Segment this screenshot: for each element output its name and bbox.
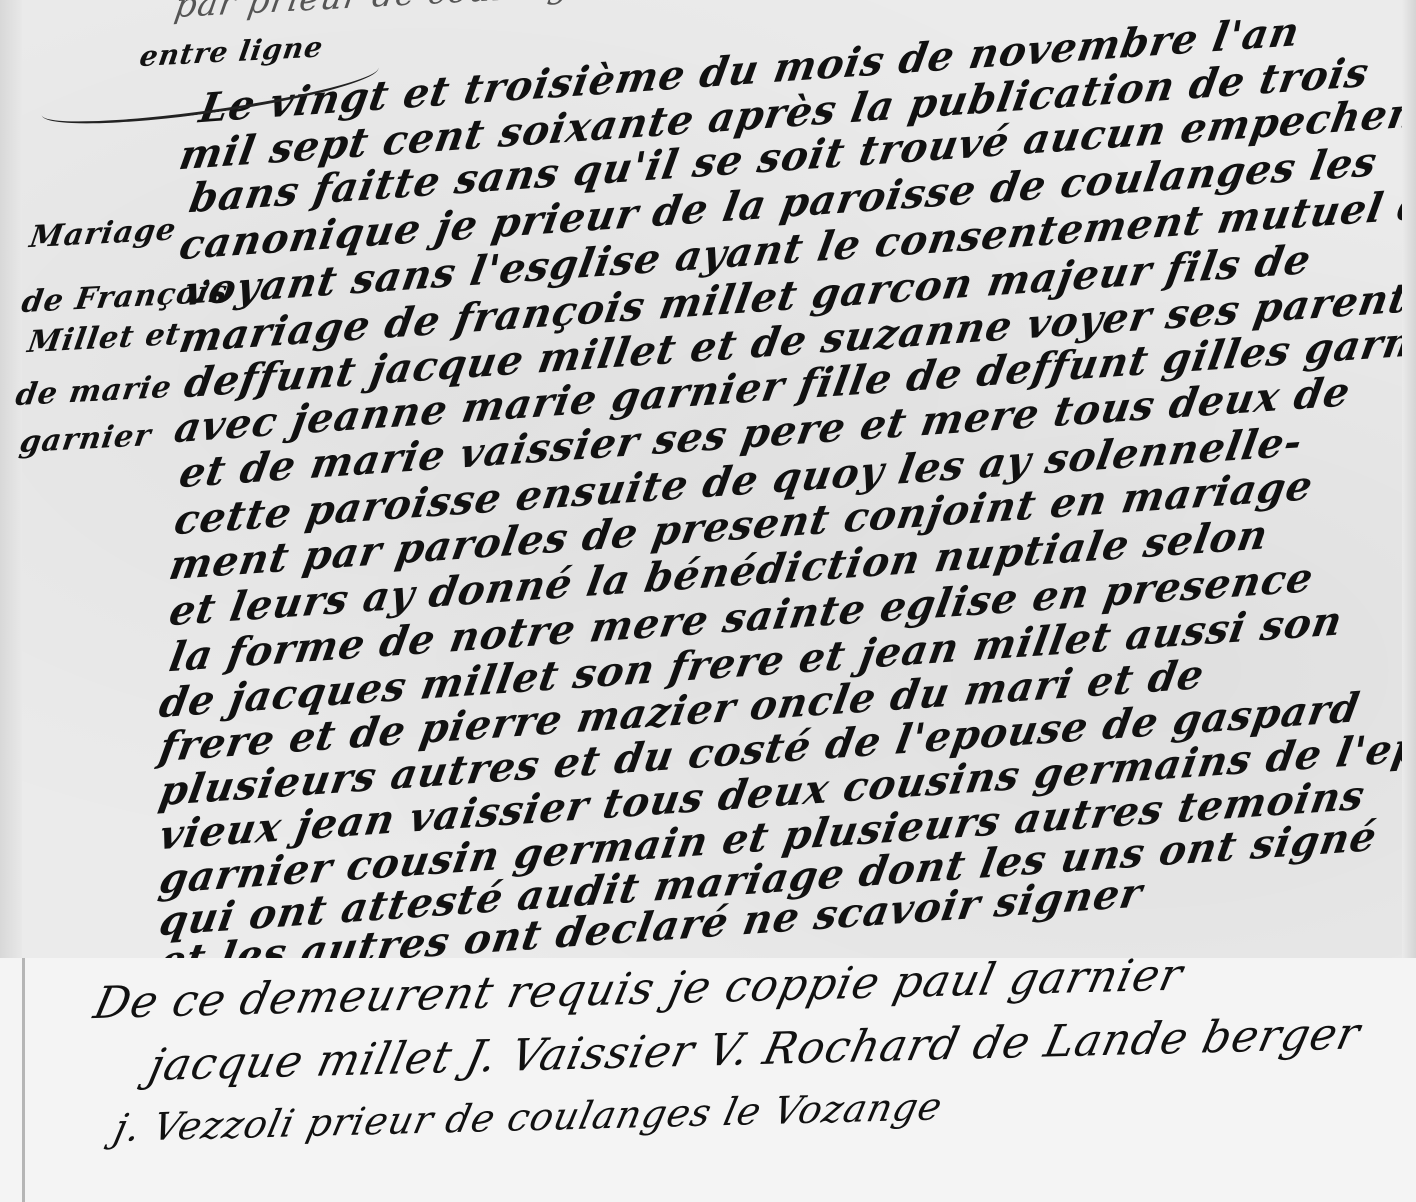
- signatures-scan: De ce demeurent requis je coppie paul ga…: [0, 958, 1416, 1202]
- register-page-scan: par prieur de coulanges Le Vozange entre…: [0, 0, 1416, 958]
- signature-line-3: j. Vezzoli prieur de coulanges le Vozang…: [110, 1084, 947, 1150]
- margin-note-3: Millet et: [25, 317, 183, 360]
- top-fragment-text: par prieur de coulanges Le Vozange: [172, 0, 833, 26]
- margin-note-5: garnier: [17, 418, 154, 460]
- page-edge: [22, 958, 25, 1202]
- margin-note-1: Mariage: [27, 212, 179, 255]
- margin-note-4: de marie: [13, 370, 174, 414]
